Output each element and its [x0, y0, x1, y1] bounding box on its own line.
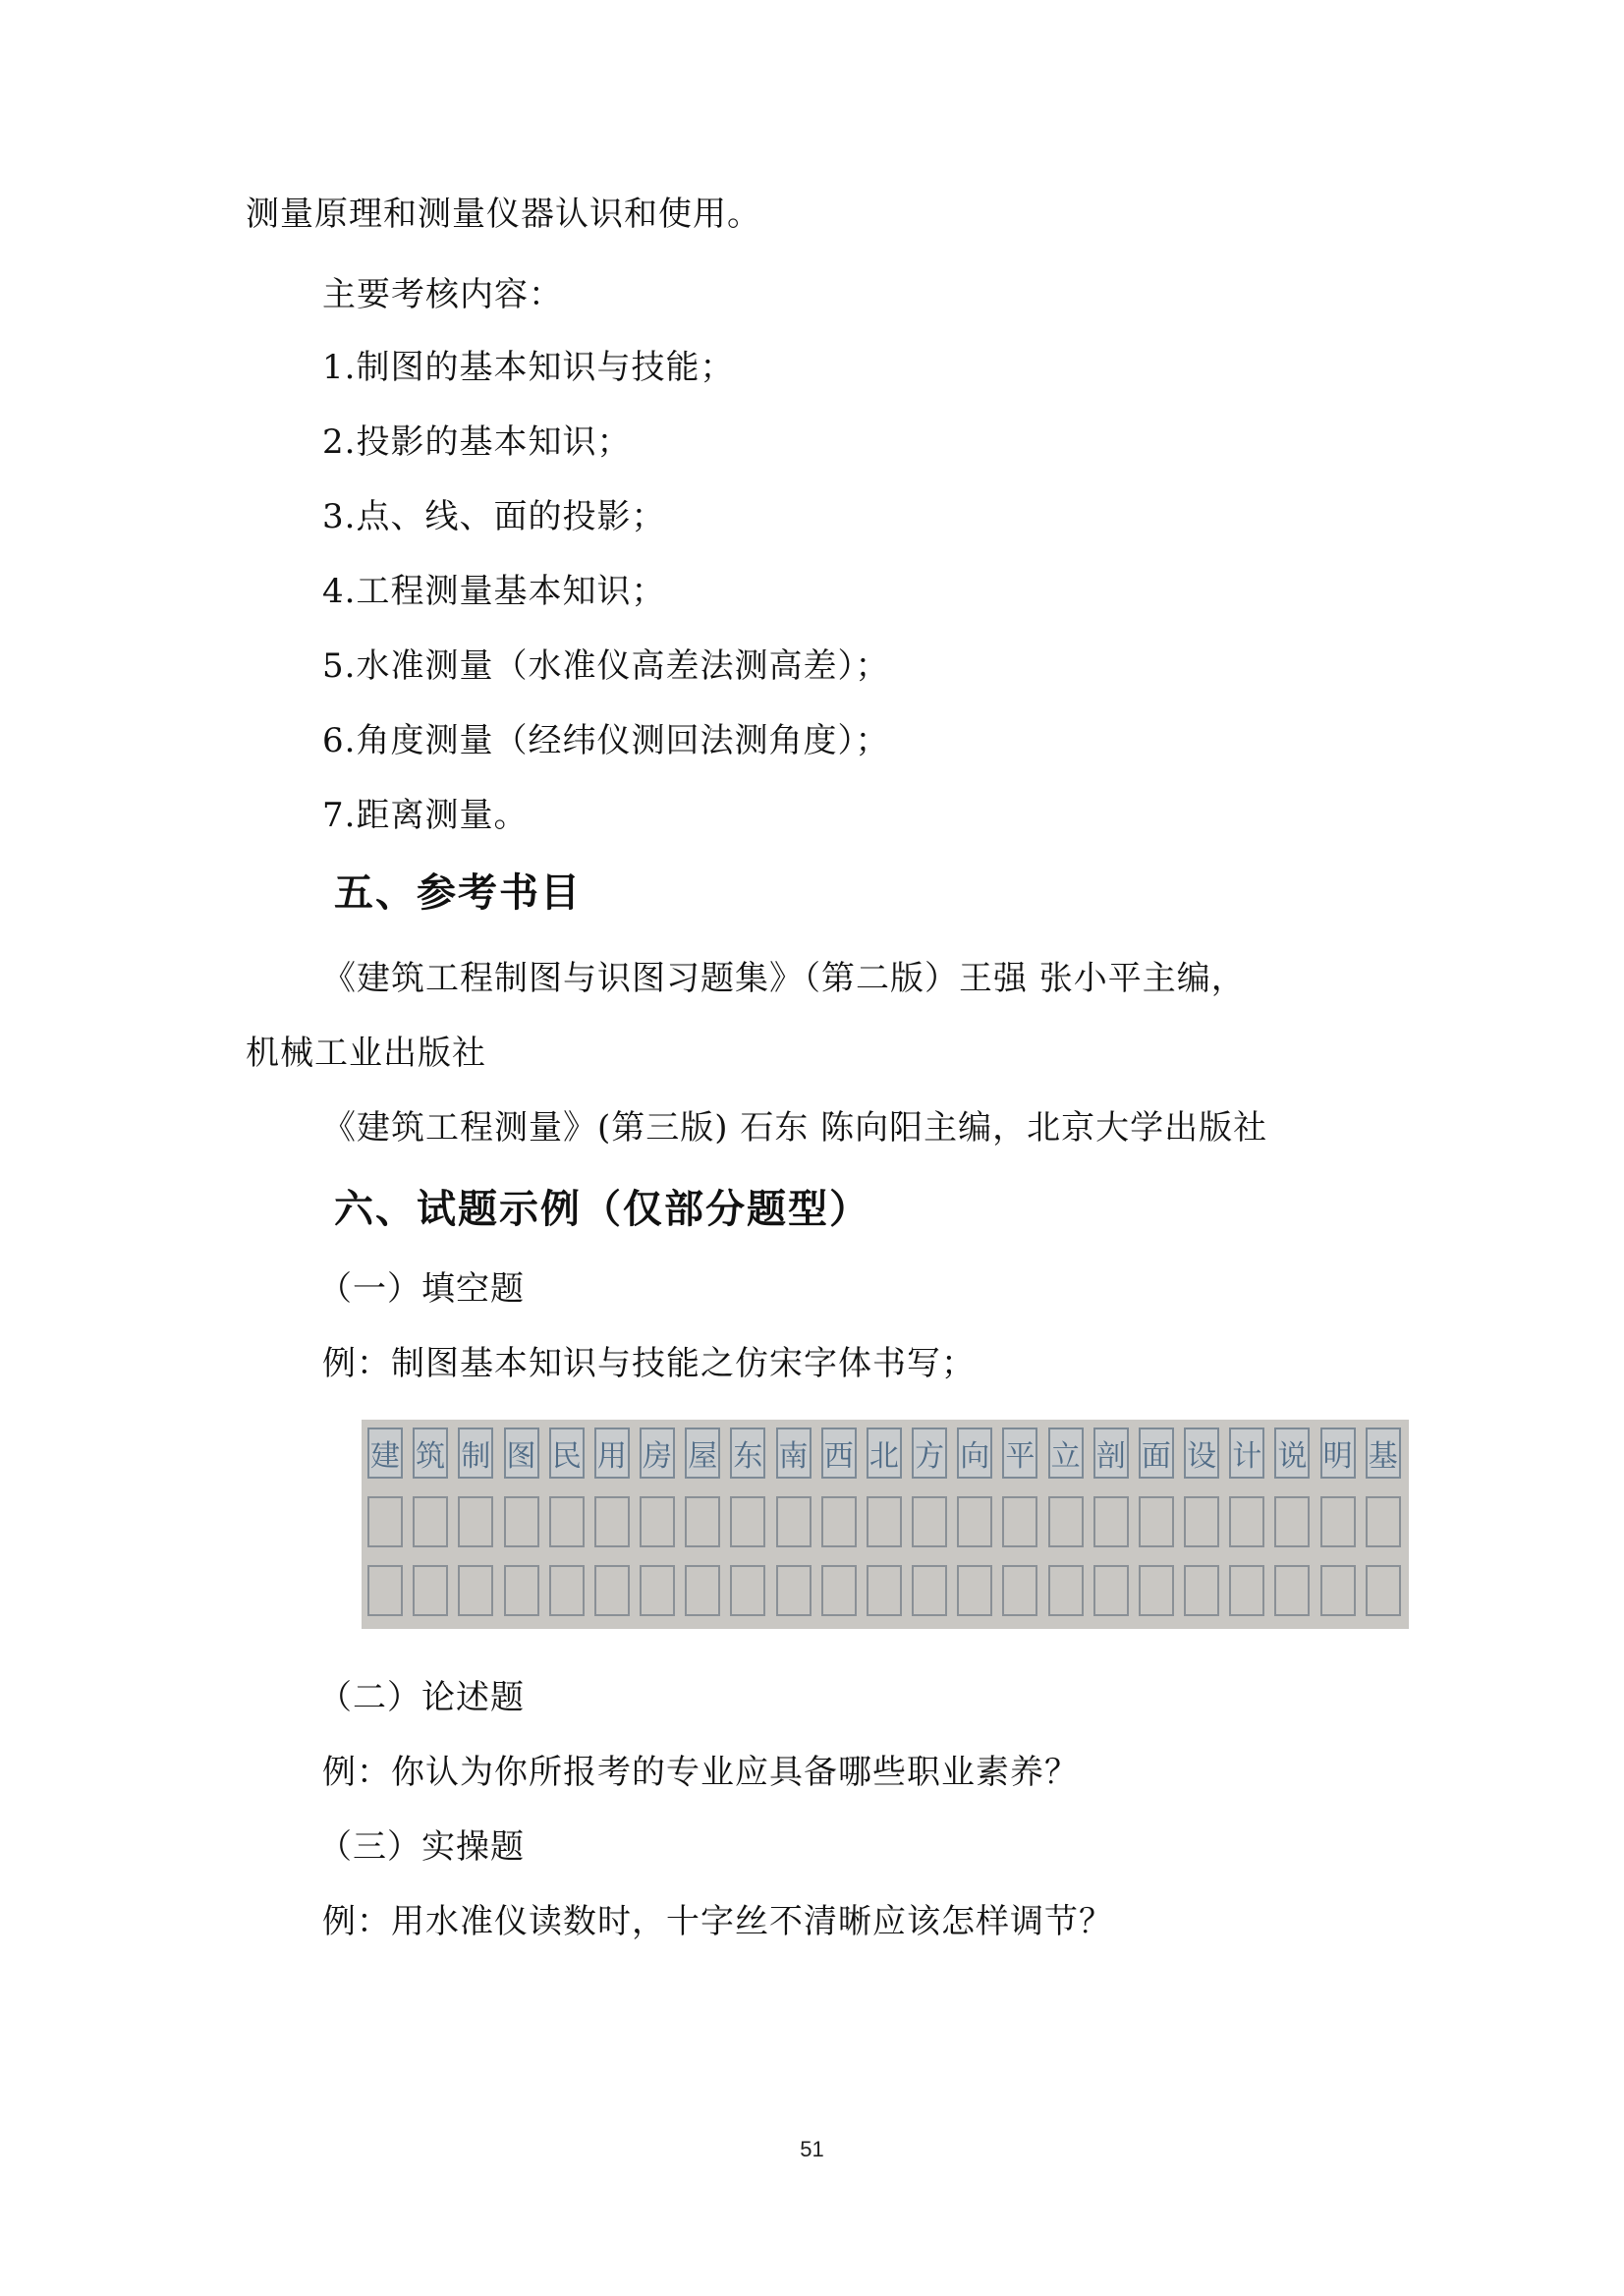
grid-cell-blank: [1366, 1565, 1401, 1616]
grid-cell-character: 北: [867, 1428, 902, 1479]
grid-cell-character: 面: [1139, 1428, 1174, 1479]
assessment-item: 7.距离测量。: [322, 796, 528, 835]
grid-cell-blank: [776, 1565, 812, 1616]
grid-cell-blank: [730, 1496, 765, 1547]
grid-cell-character: 基: [1366, 1428, 1401, 1479]
grid-cell-blank: [1093, 1565, 1129, 1616]
grid-cell-blank: [1184, 1565, 1219, 1616]
question-example-practical: 例：用水准仪读数时，十字丝不清晰应该怎样调节？: [322, 1902, 1113, 1941]
grid-cell-blank: [1048, 1565, 1084, 1616]
grid-cell-blank: [1320, 1565, 1356, 1616]
grid-cell-character: 说: [1274, 1428, 1310, 1479]
grid-cell-character: 向: [957, 1428, 992, 1479]
question-type-practical: （三）实操题: [318, 1827, 525, 1867]
question-type-fill-blank: （一）填空题: [318, 1269, 525, 1309]
intro-tail-text: 测量原理和测量仪器认识和使用。: [246, 195, 761, 234]
grid-cell-character: 房: [640, 1428, 675, 1479]
grid-cell-character: 明: [1320, 1428, 1356, 1479]
grid-cell-blank: [685, 1496, 720, 1547]
assessment-item: 5.水准测量（水准仪高差法测高差）；: [322, 646, 889, 686]
grid-cell-blank: [867, 1565, 902, 1616]
grid-cell-blank: [1229, 1565, 1264, 1616]
grid-cell-blank: [1048, 1496, 1084, 1547]
grid-cell-blank: [1139, 1496, 1174, 1547]
grid-cell-blank: [685, 1565, 720, 1616]
grid-cell-blank: [821, 1565, 857, 1616]
grid-cell-blank: [1366, 1496, 1401, 1547]
grid-cell-blank: [504, 1496, 539, 1547]
grid-cell-blank: [1184, 1496, 1219, 1547]
grid-cell-blank: [912, 1496, 947, 1547]
grid-cell-blank: [1002, 1496, 1037, 1547]
grid-cell-blank: [367, 1496, 403, 1547]
grid-cell-blank: [1229, 1496, 1264, 1547]
grid-cell-blank: [458, 1496, 493, 1547]
grid-cell-character: 平: [1002, 1428, 1037, 1479]
grid-cell-blank: [821, 1496, 857, 1547]
grid-cell-character: 图: [504, 1428, 539, 1479]
reference-book-1-publisher: 机械工业出版社: [246, 1034, 486, 1073]
grid-cell-blank: [957, 1496, 992, 1547]
reference-book-1: 《建筑工程制图与识图习题集》（第二版）王强 张小平主编，: [322, 959, 1246, 998]
grid-row-blank: [367, 1496, 1401, 1551]
grid-cell-blank: [413, 1496, 448, 1547]
assessment-item: 6.角度测量（经纬仪测回法测角度）；: [322, 721, 889, 760]
grid-cell-blank: [504, 1565, 539, 1616]
reference-book-2: 《建筑工程测量》(第三版) 石东 陈向阳主编，北京大学出版社: [322, 1108, 1267, 1148]
grid-cell-blank: [912, 1565, 947, 1616]
grid-cell-blank: [1093, 1496, 1129, 1547]
assessment-item: 4.工程测量基本知识；: [322, 572, 665, 611]
assessment-title: 主要考核内容：: [322, 275, 563, 314]
grid-cell-character: 制: [458, 1428, 493, 1479]
grid-cell-blank: [1274, 1565, 1310, 1616]
grid-cell-character: 剖: [1093, 1428, 1129, 1479]
grid-row-model-characters: 建筑制图民用房屋东南西北方向平立剖面设计说明基: [367, 1428, 1401, 1483]
grid-cell-character: 筑: [413, 1428, 448, 1479]
grid-cell-blank: [776, 1496, 812, 1547]
grid-cell-character: 建: [367, 1428, 403, 1479]
assessment-item: 3.点、线、面的投影；: [322, 497, 665, 536]
section-heading-references: 五、参考书目: [334, 870, 582, 916]
grid-cell-blank: [549, 1565, 585, 1616]
grid-cell-blank: [1320, 1496, 1356, 1547]
grid-cell-blank: [458, 1565, 493, 1616]
grid-cell-character: 屋: [685, 1428, 720, 1479]
grid-row-blank: [367, 1565, 1401, 1620]
grid-cell-blank: [594, 1565, 630, 1616]
page-number: 51: [0, 2137, 1624, 2162]
assessment-item: 2.投影的基本知识；: [322, 422, 631, 462]
grid-cell-blank: [640, 1565, 675, 1616]
grid-cell-blank: [1002, 1565, 1037, 1616]
grid-cell-blank: [640, 1496, 675, 1547]
assessment-item: 1.制图的基本知识与技能；: [322, 348, 734, 387]
grid-cell-blank: [594, 1496, 630, 1547]
hanzi-practice-grid-image: 建筑制图民用房屋东南西北方向平立剖面设计说明基: [362, 1420, 1409, 1629]
grid-cell-character: 南: [776, 1428, 812, 1479]
grid-cell-character: 西: [821, 1428, 857, 1479]
grid-cell-blank: [413, 1565, 448, 1616]
grid-cell-blank: [957, 1565, 992, 1616]
grid-cell-blank: [1274, 1496, 1310, 1547]
grid-cell-character: 立: [1048, 1428, 1084, 1479]
grid-cell-blank: [367, 1565, 403, 1616]
grid-cell-character: 计: [1229, 1428, 1264, 1479]
grid-cell-character: 东: [730, 1428, 765, 1479]
grid-cell-character: 方: [912, 1428, 947, 1479]
grid-cell-blank: [730, 1565, 765, 1616]
grid-cell-character: 民: [549, 1428, 585, 1479]
grid-cell-character: 设: [1184, 1428, 1219, 1479]
grid-cell-blank: [1139, 1565, 1174, 1616]
grid-cell-character: 用: [594, 1428, 630, 1479]
question-example-essay: 例：你认为你所报考的专业应具备哪些职业素养？: [322, 1753, 1079, 1792]
grid-cell-blank: [549, 1496, 585, 1547]
question-type-essay: （二）论述题: [318, 1678, 525, 1717]
question-example-fill-blank: 例：制图基本知识与技能之仿宋字体书写；: [322, 1344, 976, 1383]
grid-cell-blank: [867, 1496, 902, 1547]
section-heading-sample-questions: 六、试题示例（仅部分题型）: [334, 1187, 870, 1232]
